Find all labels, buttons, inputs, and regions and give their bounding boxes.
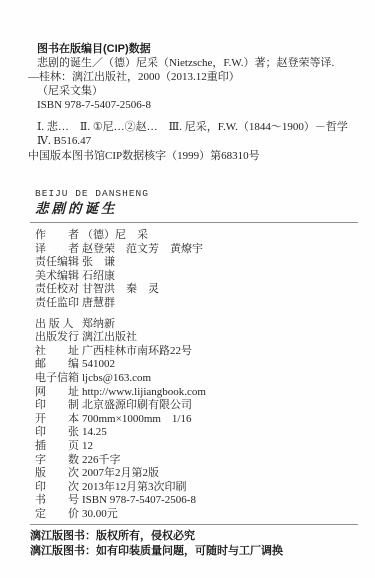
colophon-value: 30.00元 [82,508,118,522]
title-block: BEIJU DE DANSHENG 悲剧的诞生 [28,188,357,217]
colophon-label: 社 址 [35,345,82,359]
colophon-row-price: 定 价30.00元 [35,508,357,522]
colophon-row-printer: 印 制北京盛源印刷有限公司 [35,399,357,413]
colophon-row-editor: 责任编辑张 谦 [35,256,357,270]
colophon-label: 版 次 [35,467,82,481]
colophon-row-address: 社 址广西桂林市南环路22号 [35,345,357,359]
colophon-value: 14.25 [82,426,107,440]
cip-classification-line: Ⅳ. B516.47 [28,134,357,148]
colophon-value: 2007年2月第2版 [82,467,159,481]
colophon-row-sheets: 印 张14.25 [35,426,357,440]
colophon-label: 开 本 [35,413,82,427]
colophon-row-printing: 印 次2013年12月第3次印刷 [35,481,357,495]
cip-block: 图书在版编目(CIP)数据 悲剧的诞生／（德）尼采（Nietzsche，F.W.… [28,42,357,163]
colophon-row-postcode: 邮 编541002 [35,358,357,372]
colophon-label: 责任编辑 [35,256,82,270]
title-chinese: 悲剧的诞生 [35,200,357,217]
colophon-row-website: 网 址http://www.lijiangbook.com [35,386,357,400]
colophon-label: 字 数 [35,454,82,468]
cip-header: 图书在版编目(CIP)数据 [28,42,357,56]
colophon-value: 700mm×1000mm 1/16 [82,413,191,427]
colophon-row-format: 开 本700mm×1000mm 1/16 [35,413,357,427]
colophon-row-publisher: 出版发行漓江出版社 [35,331,357,345]
colophon-value: （德）尼 采 [82,229,148,243]
colophon-row-translators: 译 者赵登荣 范文芳 黄燎宇 [35,243,357,257]
colophon-label: 责任校对 [35,283,82,297]
colophon-label: 责任监印 [35,297,82,311]
colophon-row-art-editor: 美术编辑石绍康 [35,270,357,284]
colophon-value: 唐慧群 [82,297,115,311]
colophon-value: 石绍康 [82,270,115,284]
colophon-label: 出版发行 [35,331,82,345]
colophon-row-email: 电子信箱ljcbs@163.com [35,372,357,386]
colophon-row-proofreaders: 责任校对甘智洪 秦 灵 [35,283,357,297]
colophon-value: 北京盛源印刷有限公司 [82,399,192,413]
colophon-row-print-supervisor: 责任监印唐慧群 [35,297,357,311]
colophon-label: 译 者 [35,243,82,257]
colophon-value: 漓江出版社 [82,331,137,345]
colophon-value: 甘智洪 秦 灵 [82,283,159,297]
colophon-value: ISBN 978-7-5407-2506-8 [82,494,196,508]
colophon-label: 出 版 人 [35,318,82,332]
colophon-row-inserts: 插 页12 [35,440,357,454]
book-copyright-page: 图书在版编目(CIP)数据 悲剧的诞生／（德）尼采（Nietzsche，F.W.… [0,0,375,578]
colophon-value: 226千字 [82,454,121,468]
notice-quality: 漓江版图书：如有印装质量问题，可随时与工厂调换 [30,544,357,559]
cip-classification-line: Ⅰ. 悲… Ⅱ. ①尼…②赵… Ⅲ. 尼采，F.W.（1844～1900）－哲学 [28,120,357,134]
cip-registry-number: 中国版本图书馆CIP数据核字（1999）第68310号 [28,149,357,163]
colophon-label: 书 号 [35,494,82,508]
colophon-label: 网 址 [35,386,82,400]
copyright-notices: 漓江版图书：版权所有，侵权必究 漓江版图书：如有印装质量问题，可随时与工厂调换 [28,529,357,559]
colophon-label: 定 价 [35,508,82,522]
divider-top [30,222,358,223]
colophon-row-edition: 版 次2007年2月第2版 [35,467,357,481]
cip-title-statement: 悲剧的诞生／（德）尼采（Nietzsche，F.W.）著；赵登荣等译. [28,56,357,70]
title-pinyin: BEIJU DE DANSHENG [35,188,357,200]
colophon-value: 郑纳新 [82,318,115,332]
colophon-label: 印 次 [35,481,82,495]
colophon-label: 电子信箱 [35,372,82,386]
colophon-value: 赵登荣 范文芳 黄燎宇 [82,243,203,257]
colophon-value: 2013年12月第3次印刷 [82,481,187,495]
notice-copyright: 漓江版图书：版权所有，侵权必究 [30,529,357,544]
colophon-label: 作 者 [35,229,82,243]
colophon-row-author: 作 者（德）尼 采 [35,229,357,243]
colophon-row-isbn: 书 号ISBN 978-7-5407-2506-8 [35,494,357,508]
colophon-label: 邮 编 [35,358,82,372]
colophon-value: ljcbs@163.com [82,372,151,386]
colophon-label: 印 张 [35,426,82,440]
colophon: 作 者（德）尼 采 译 者赵登荣 范文芳 黄燎宇 责任编辑张 谦 美术编辑石绍康… [28,229,357,521]
cip-isbn: ISBN 978-7-5407-2506-8 [28,98,357,112]
colophon-value: 张 谦 [82,256,115,270]
colophon-label: 美术编辑 [35,270,82,284]
colophon-value: 541002 [82,358,115,372]
colophon-row-publisher-person: 出 版 人郑纳新 [35,318,357,332]
colophon-value: 广西桂林市南环路22号 [82,345,192,359]
colophon-value: 12 [82,440,93,454]
cip-series-statement: （尼采文集） [28,84,357,98]
cip-publication-statement: —桂林：漓江出版社，2000（2013.12重印） [28,70,357,84]
colophon-row-wordcount: 字 数226千字 [35,454,357,468]
colophon-value: http://www.lijiangbook.com [82,386,206,400]
colophon-label: 印 制 [35,399,82,413]
colophon-label: 插 页 [35,440,82,454]
divider-bottom [30,524,358,525]
